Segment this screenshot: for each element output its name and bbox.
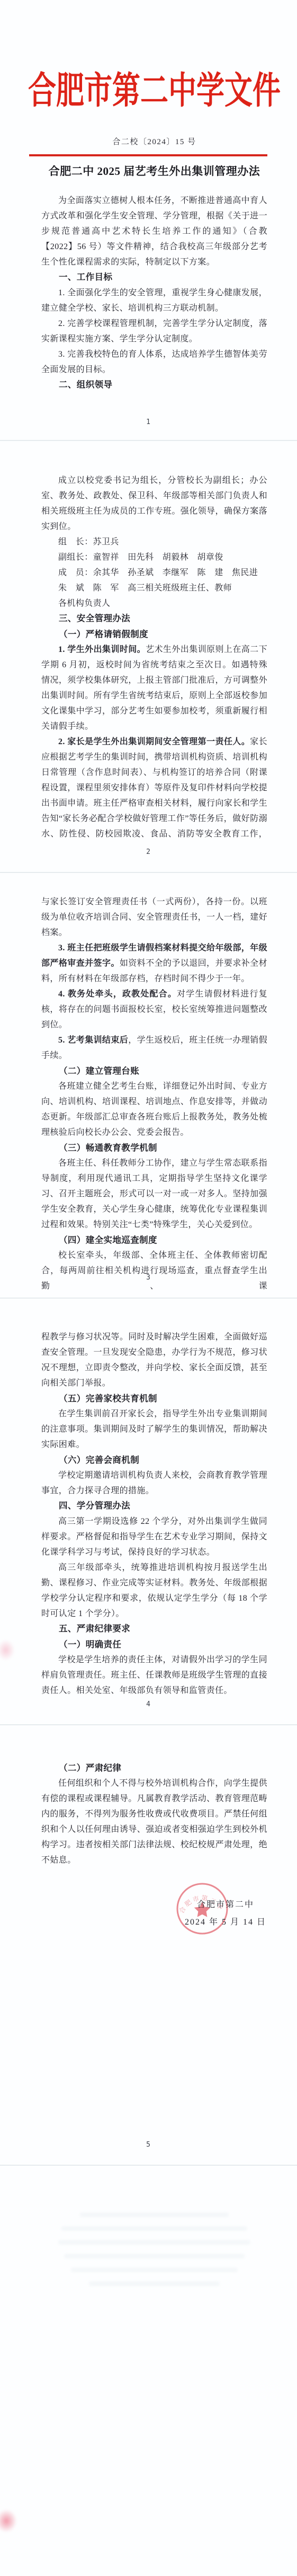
- paragraph: 校长室牵头，年级部、全体班主任、全体教师密切配合，每两周前往相关机构进行现场巡查…: [41, 1248, 267, 1294]
- page-number: 4: [0, 1700, 297, 1708]
- paragraph: 1. 学生外出集训时间。艺术生外出集训原则上在高二下学期 6 月初，返校时间为省…: [41, 642, 267, 734]
- paragraph-lead: 4. 教务处牵头，政教处配合。: [58, 990, 177, 999]
- ghost-line: [58, 2240, 250, 2245]
- roster-line: 副组长：童智祥 田先科 胡毅林 胡章俊: [41, 550, 267, 565]
- paragraph-text: 高三年级部牵头，统筹推进培训机构按月报送学生出勤、课程修习、作业完成等实证材料。…: [41, 1563, 267, 1618]
- paragraph: 任何组织和个人不得与校外培训机构合作，向学生提供有偿的课程或课程辅导。凡属教育教…: [41, 1776, 267, 1868]
- paragraph: 4. 教务处牵头，政教处配合。对学生请假材料进行复核，将存在的问题书面报校长室，…: [41, 986, 267, 1033]
- paragraph: 成立以校党委书记为组长，分管校长为副组长；办公室、教务处、政教处、保卫科、年级部…: [41, 473, 267, 534]
- subsection-heading: （三）畅通教育教学机制: [41, 1140, 267, 1155]
- ink-smudge: [0, 2509, 17, 2533]
- subsection-heading: （一）明确责任: [41, 1637, 267, 1652]
- paragraph: 各班建立健全艺考生台账，详细登记外出时间、专业方向、培训机构、培训课程、培训地点…: [41, 1079, 267, 1140]
- paragraph-lead: 1. 学生外出集训时间。: [58, 645, 146, 654]
- paragraph: 在学生集训前召开家长会，指导学生外出专业集训期间的注意事项。集训期间及时了解学生…: [41, 1406, 267, 1452]
- paragraph: 高三年级部牵头，统筹推进培训机构按月报送学生出勤、课程修习、作业完成等实证材料。…: [41, 1560, 267, 1621]
- paragraph-text: 为全面落实立德树人根本任务，不断推进普通高中育人方式改革和强化学生安全管理、学分…: [41, 196, 267, 267]
- paragraph-text: 与家长签订安全管理责任书（一式两份），各持一份。以班级为单位收齐培训合同、安全管…: [41, 897, 267, 937]
- paragraph-text: 成立以校党委书记为组长，分管校长为副组长；办公室、教务处、政教处、保卫科、年级部…: [41, 476, 267, 531]
- section-heading: 二、组织领导: [41, 377, 267, 393]
- document-page-2: 成立以校党委书记为组长，分管校长为副组长；办公室、教务处、政教处、保卫科、年级部…: [0, 440, 297, 872]
- paragraph-text: 在学生集训前召开家长会，指导学生外出专业集训期间的注意事项。集训期间及时了解学生…: [41, 1409, 267, 1449]
- paragraph-text: 艺术生外出集训原则上在高二下学期 6 月初，返校时间为省统考结束之至次日。如遇特…: [41, 645, 267, 731]
- page-number: 1: [0, 418, 297, 426]
- roster-line: 各机构负责人: [41, 596, 267, 611]
- paragraph: 为全面落实立德树人根本任务，不断推进普通高中育人方式改革和强化学生安全管理、学分…: [41, 193, 267, 270]
- paragraph: 学校定期邀请培训机构负责人来校，会商教育教学管理事宜，合力探寻合理的措施。: [41, 1468, 267, 1498]
- paragraph-text: 组 长：苏卫兵: [58, 537, 119, 546]
- subsection-heading: （二）严肃纪律: [41, 1760, 267, 1776]
- document-page-3: 与家长签订安全管理责任书（一式两份），各持一份。以班级为单位收齐培训合同、安全管…: [0, 872, 297, 1298]
- page-number: 3: [0, 1274, 297, 1282]
- paragraph-text: 各班主任、科任教师分工协作，建立与学生常态联系指导制度，利用现代通讯工具，定期指…: [41, 1159, 267, 1229]
- ink-smudge: [0, 1639, 15, 1661]
- paragraph-text: 学校是学生培养的责任主体，对请假外出学习的学生同样肩负管理责任。班主任、任课教师…: [41, 1655, 267, 1695]
- ghost-line: [71, 2268, 238, 2272]
- subsection-heading: （一）严格请销假制度: [41, 627, 267, 642]
- paragraph-text: 2. 完善学校课程管理机制，完善学生学分认定制度，落实新课程实施方案、学生学分认…: [41, 319, 267, 343]
- paragraph-text: 各班建立健全艺考生台账，详细登记外出时间、专业方向、培训机构、培训课程、培训地点…: [41, 1082, 267, 1137]
- subsection-heading: （六）完善会商机制: [41, 1452, 267, 1468]
- signature-date: 2024 年 5 月 14 日: [185, 1913, 266, 1931]
- paragraph: 2. 家长是学生外出集训期间安全管理第一责任人。家长应根据艺考学生的集训时间，携…: [41, 734, 267, 842]
- ghost-line: [61, 2226, 247, 2231]
- document-page-6: [0, 2165, 297, 2576]
- subsection-heading: （二）建立管理台账: [41, 1063, 267, 1079]
- ghost-line: [80, 2212, 229, 2217]
- paragraph: 1. 全面强化学生的安全管理，重视学生身心健康发展，建立健全学校、家长、培训机构…: [41, 285, 267, 316]
- paragraph: 学校是学生培养的责任主体，对请假外出学习的学生同样肩负管理责任。班主任、任课教师…: [41, 1652, 267, 1698]
- paragraph-text: 1. 全面强化学生的安全管理，重视学生身心健康发展，建立健全学校、家长、培训机构…: [41, 288, 267, 313]
- paragraph: 5. 艺考集训结束后，学生返校后，班主任统一办理销假手续。: [41, 1033, 267, 1063]
- subsection-heading: （五）完善家校共育机制: [41, 1391, 267, 1406]
- paragraph: 3. 班主任把班级学生请假档案材料提交给年级部，年级部严格审查并签字。如资料不全…: [41, 940, 267, 986]
- document-title: 合肥二中 2025 届艺考生外出集训管理办法: [41, 163, 267, 179]
- paragraph-text: 高三第一学期设选修 22 个学分，对外出集训学生做同样要求。严格督促和指导学生在…: [41, 1517, 267, 1557]
- paragraph: 程教学与修习状况等。同时及时解决学生困难，全面做好巡查安全管理。一旦发现安全隐患…: [41, 1329, 267, 1391]
- section-heading: 三、安全管理办法: [41, 611, 267, 627]
- paragraph: 各班主任、科任教师分工协作，建立与学生常态联系指导制度，利用现代通讯工具，定期指…: [41, 1155, 267, 1232]
- scanned-document: 合肥市第二中学文件合二校〔2024〕15 号合肥二中 2025 届艺考生外出集训…: [0, 0, 297, 2576]
- section-heading: 四、学分管理办法: [41, 1498, 267, 1514]
- paragraph-text: 程教学与修习状况等。同时及时解决学生困难，全面做好巡查安全管理。一旦发现安全隐患…: [41, 1333, 267, 1388]
- paragraph-lead: 2. 家长是学生外出集训期间安全管理第一责任人。: [58, 737, 250, 746]
- paragraph-text: 各机构负责人: [58, 599, 110, 608]
- paragraph: 高三第一学期设选修 22 个学分，对外出集训学生做同样要求。严格督促和指导学生在…: [41, 1514, 267, 1560]
- signature-name: 合肥市第二中: [185, 1896, 266, 1913]
- paragraph-text: 家长应根据艺考学生的集训时间，携带培训机构资质、培训机构日常管理（含作息时间表）…: [41, 737, 267, 839]
- roster-line: 成 员：余其华 孙圣斌 李继军 陈 建 焦民进: [41, 565, 267, 580]
- paragraph-text: 成 员：余其华 孙圣斌 李继军 陈 建 焦民进: [58, 568, 258, 577]
- paragraph-text: 副组长：童智祥 田先科 胡毅林 胡章俊: [58, 553, 223, 562]
- paragraph-text: 校长室牵头，年级部、全体班主任、全体教师密切配合，每两周前往相关机构进行现场巡查…: [41, 1251, 267, 1291]
- page-number: 5: [0, 2141, 297, 2149]
- roster-line: 组 长：苏卫兵: [41, 534, 267, 550]
- paragraph: 3. 完善我校特色的育人体系，达成培养学生德智体美劳全面发展的目标。: [41, 347, 267, 377]
- document-page-5: （二）严肃纪律任何组织和个人不得与校外培训机构合作，向学生提供有偿的课程或课程辅…: [0, 1724, 297, 2165]
- page-number: 2: [0, 848, 297, 856]
- paragraph-text: 3. 完善我校特色的育人体系，达成培养学生德智体美劳全面发展的目标。: [41, 350, 267, 374]
- red-separator-rule: [29, 154, 267, 156]
- ghost-line: [89, 2281, 220, 2286]
- paragraph-text: 任何组织和个人不得与校外培训机构合作，向学生提供有偿的课程或课程辅导。凡属教育教…: [41, 1779, 267, 1865]
- doc-number: 合二校〔2024〕15 号: [41, 136, 267, 147]
- section-heading: 五、严肃纪律要求: [41, 1621, 267, 1637]
- document-page-1: 合肥市第二中学文件合二校〔2024〕15 号合肥二中 2025 届艺考生外出集训…: [0, 0, 297, 440]
- subsection-heading: （四）建全实地巡查制度: [41, 1232, 267, 1248]
- document-org-title: 合肥市第二中学文件: [28, 69, 281, 133]
- paragraph: 与家长签订安全管理责任书（一式两份），各持一份。以班级为单位收齐培训合同、安全管…: [41, 894, 267, 940]
- paragraph-lead: 5. 艺考集训结束后: [58, 1036, 128, 1045]
- ink-bleed-through: [41, 2212, 267, 2286]
- roster-line: 朱 斌 陈 军 高三相关班级班主任、教师: [41, 580, 267, 596]
- paragraph-text: 朱 斌 陈 军 高三相关班级班主任、教师: [58, 584, 232, 593]
- section-heading: 一、工作目标: [41, 270, 267, 285]
- signature-block: 合肥市第二中2024 年 5 月 14 日: [185, 1896, 266, 1931]
- paragraph-text: 学校定期邀请培训机构负责人来校，会商教育教学管理事宜，合力探寻合理的措施。: [41, 1471, 267, 1495]
- ghost-line: [64, 2254, 245, 2259]
- document-page-4: 程教学与修习状况等。同时及时解决学生困难，全面做好巡查安全管理。一旦发现安全隐患…: [0, 1298, 297, 1724]
- paragraph: 2. 完善学校课程管理机制，完善学生学分认定制度，落实新课程实施方案、学生学分认…: [41, 316, 267, 347]
